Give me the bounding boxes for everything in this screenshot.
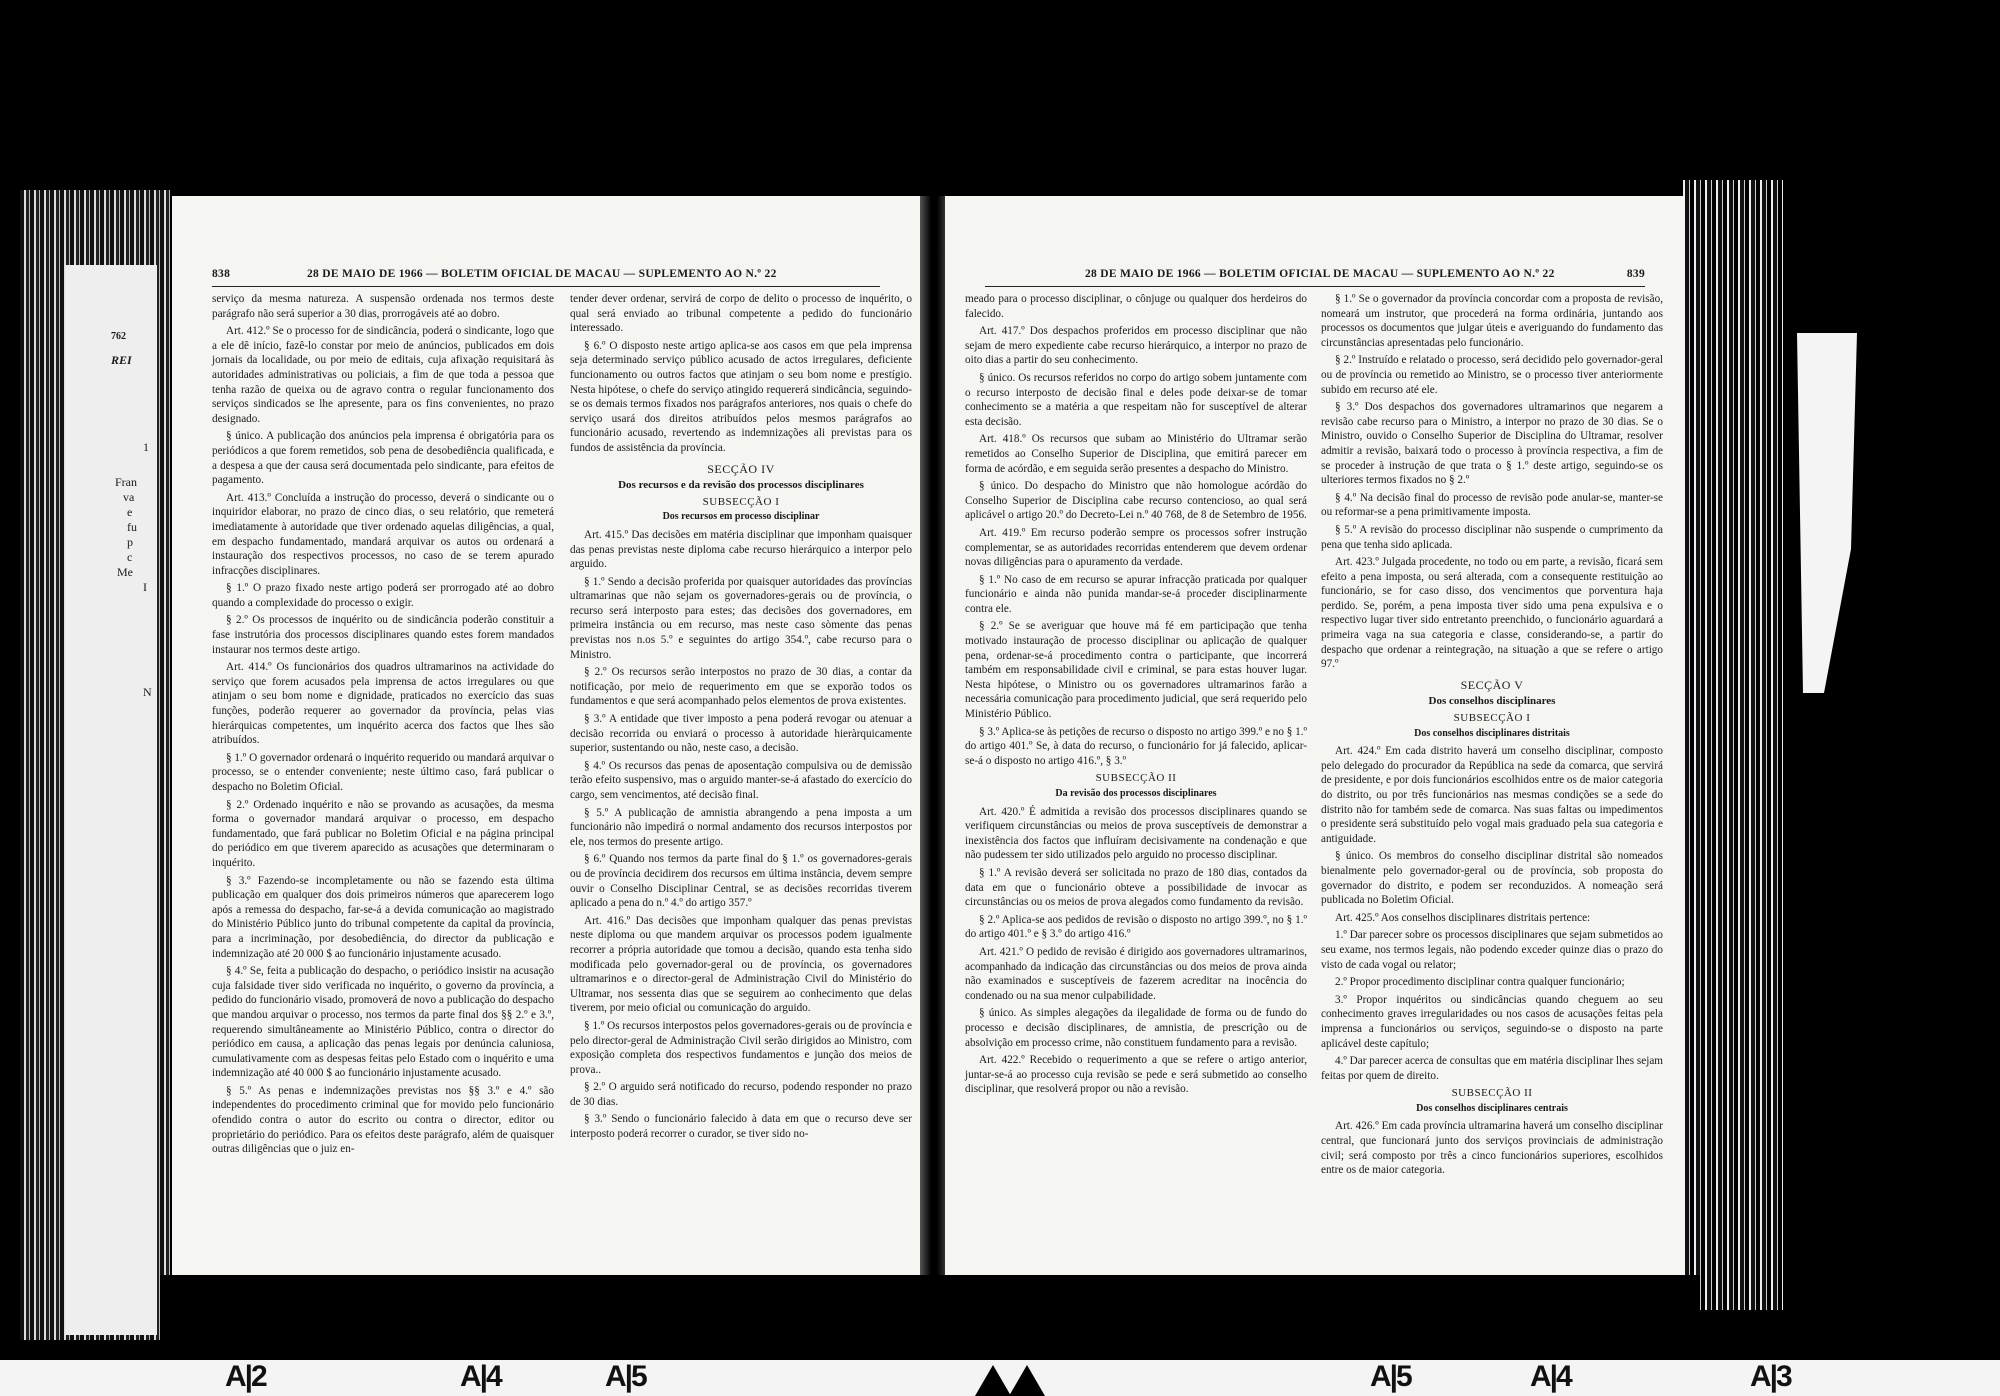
paragraph: § 2.º Aplica-se aos pedidos de revisão o…: [965, 913, 1307, 942]
subsection-heading: SUBSECÇÃO I: [1321, 711, 1663, 726]
paragraph: § 2.º Os processos de inquérito ou de si…: [212, 613, 554, 657]
scan-black-border: [0, 0, 2000, 185]
scan-marker: A|5: [1370, 1360, 1411, 1394]
paragraph: § 2.º Ordenado inquérito e não se provan…: [212, 798, 554, 871]
paragraph: 1.º Dar parecer sobre os processos disci…: [1321, 928, 1663, 972]
text-fragment: 1: [143, 440, 149, 455]
paragraph: Art. 414.º Os funcionários dos quadros u…: [212, 660, 554, 748]
paragraph: § único. Os membros do conselho discipli…: [1321, 849, 1663, 907]
book-bottom-shadow: [160, 1275, 1700, 1360]
paragraph: § 2.º Instruído e relatado o processo, s…: [1321, 353, 1663, 397]
subsection-heading: SUBSECÇÃO II: [1321, 1086, 1663, 1101]
subsection-title: Dos conselhos disciplinares distritais: [1321, 727, 1663, 742]
left-page: 838 28 DE MAIO DE 1966 — BOLETIM OFICIAL…: [172, 196, 920, 1306]
running-head-title: 28 DE MAIO DE 1966 — BOLETIM OFICIAL DE …: [1085, 268, 1555, 280]
paragraph: 3.º Propor inquéritos ou sindicâncias qu…: [1321, 993, 1663, 1051]
paragraph: Art. 418.º Os recursos que subam ao Mini…: [965, 432, 1307, 476]
book-gutter: [920, 196, 948, 1346]
running-header: 838 28 DE MAIO DE 1966 — BOLETIM OFICIAL…: [212, 268, 880, 287]
paragraph: § 6.º Quando nos termos da parte final d…: [570, 852, 912, 910]
paragraph: 2.º Propor procedimento disciplinar cont…: [1321, 975, 1663, 990]
paragraph: § 3.º Aplica-se às petições de recurso o…: [965, 725, 1307, 769]
paragraph: § único. Do despacho do Ministro que não…: [965, 479, 1307, 523]
scan-marker: A|2: [225, 1360, 266, 1394]
paragraph: § 5.º As penas e indemnizações previstas…: [212, 1084, 554, 1157]
paragraph: Art. 424.º Em cada distrito haverá um co…: [1321, 744, 1663, 846]
paragraph: § único. A publicação dos anúncios pela …: [212, 429, 554, 487]
paragraph: § 1.º No caso de em recurso se apurar in…: [965, 573, 1307, 617]
paragraph: Art. 426.º Em cada província ultramarina…: [1321, 1119, 1663, 1177]
paragraph: § 3.º Dos despachos dos governadores ult…: [1321, 400, 1663, 488]
column-1: serviço da mesma natureza. A suspensão o…: [212, 292, 554, 1160]
page-number: 839: [1627, 268, 1645, 280]
paragraph: tender dever ordenar, servirá de corpo d…: [570, 292, 912, 336]
centre-registration-arrows-icon: [975, 1365, 1045, 1396]
paragraph: § 2.º Se se averiguar que houve má fé em…: [965, 619, 1307, 721]
paragraph: Art. 422.º Recebido o requerimento a que…: [965, 1053, 1307, 1097]
previous-page-title-fragment: REI: [111, 353, 132, 368]
paragraph: § 1.º O prazo fixado neste artigo poderá…: [212, 581, 554, 610]
scan-marker: A|4: [460, 1360, 501, 1394]
scan-marker: A|5: [605, 1360, 646, 1394]
running-head-title: 28 DE MAIO DE 1966 — BOLETIM OFICIAL DE …: [307, 268, 777, 280]
paragraph: serviço da mesma natureza. A suspensão o…: [212, 292, 554, 321]
previous-page-edge: 762 REI 1 Fran va e fu p c Me I N: [65, 265, 157, 1335]
text-fragment: I: [143, 580, 147, 595]
section-title: Dos recursos e da revisão dos processos …: [570, 478, 912, 493]
text-fragment: va: [123, 490, 134, 505]
text-fragment: c: [127, 550, 132, 565]
paragraph: § 4.º Se, feita a publicação do despacho…: [212, 964, 554, 1081]
column-2: § 1.º Se o governador da província conco…: [1321, 292, 1663, 1181]
paragraph: 4.º Dar parecer acerca de consultas que …: [1321, 1054, 1663, 1083]
paragraph: § 2.º Os recursos serão interpostos no p…: [570, 665, 912, 709]
paragraph: Art. 425.º Aos conselhos disciplinares d…: [1321, 911, 1663, 926]
subsection-heading: SUBSECÇÃO I: [570, 495, 912, 510]
paragraph: § 4.º Os recursos das penas de aposentaç…: [570, 759, 912, 803]
paragraph: § 1.º Os recursos interpostos pelos gove…: [570, 1019, 912, 1077]
paragraph: § 1.º O governador ordenará o inquérito …: [212, 751, 554, 795]
paragraph: Art. 421.º O pedido de revisão é dirigid…: [965, 945, 1307, 1003]
subsection-title: Dos conselhos disciplinares centrais: [1321, 1102, 1663, 1117]
column-2: tender dever ordenar, servirá de corpo d…: [570, 292, 912, 1145]
paragraph: § 6.º O disposto neste artigo aplica-se …: [570, 339, 912, 456]
paragraph: Art. 415.º Das decisões em matéria disci…: [570, 528, 912, 572]
text-fragment: Fran: [115, 475, 137, 490]
text-fragment: p: [127, 535, 133, 550]
previous-page-number: 762: [111, 331, 126, 342]
paragraph: § 1.º A revisão deverá ser solicitada no…: [965, 866, 1307, 910]
paragraph: meado para o processo disciplinar, o côn…: [965, 292, 1307, 321]
paragraph: Art. 413.º Concluída a instrução do proc…: [212, 491, 554, 579]
text-fragment: fu: [127, 520, 137, 535]
paragraph: Art. 417.º Dos despachos proferidos em p…: [965, 324, 1307, 368]
paragraph: Art. 419.º Em recurso poderão sempre os …: [965, 526, 1307, 570]
paragraph: Art. 423.º Julgada procedente, no todo o…: [1321, 555, 1663, 672]
section-heading: SECÇÃO V: [1321, 678, 1663, 693]
paragraph: § 3.º Sendo o funcionário falecido à dat…: [570, 1112, 912, 1141]
page-number: 838: [212, 268, 230, 280]
text-fragment: N: [143, 685, 152, 700]
paragraph: Art. 420.º É admitida a revisão dos proc…: [965, 805, 1307, 863]
paragraph: § 5.º A revisão do processo disciplinar …: [1321, 523, 1663, 552]
paragraph: § 1.º Sendo a decisão proferida por quai…: [570, 575, 912, 663]
section-title: Dos conselhos disciplinares: [1321, 694, 1663, 709]
paragraph: § 5.º A publicação de amnistia abrangend…: [570, 806, 912, 850]
paragraph: § 2.º O arguido será notificado do recur…: [570, 1080, 912, 1109]
column-1: meado para o processo disciplinar, o côn…: [965, 292, 1307, 1100]
right-page: 28 DE MAIO DE 1966 — BOLETIM OFICIAL DE …: [945, 196, 1685, 1306]
paragraph: § 1.º Se o governador da província conco…: [1321, 292, 1663, 350]
text-fragment: e: [127, 505, 132, 520]
paragraph: § 3.º Fazendo-se incompletamente ou não …: [212, 874, 554, 962]
section-heading: SECÇÃO IV: [570, 462, 912, 477]
paragraph: Art. 416.º Das decisões que imponham qua…: [570, 914, 912, 1016]
subsection-title: Dos recursos em processo disciplinar: [570, 510, 912, 525]
subsection-title: Da revisão dos processos disciplinares: [965, 787, 1307, 802]
paragraph: § único. Os recursos referidos no corpo …: [965, 371, 1307, 429]
scan-marker: A|3: [1750, 1360, 1791, 1394]
subsection-heading: SUBSECÇÃO II: [965, 771, 1307, 786]
paragraph: § único. As simples alegações da ilegali…: [965, 1006, 1307, 1050]
running-header: 28 DE MAIO DE 1966 — BOLETIM OFICIAL DE …: [985, 268, 1645, 287]
paper-insert-strip: [1797, 333, 1857, 693]
paragraph: § 3.º A entidade que tiver imposto a pen…: [570, 712, 912, 756]
book-page-edges-right: [1683, 180, 1783, 1310]
scan-marker: A|4: [1530, 1360, 1571, 1394]
paragraph: Art. 412.º Se o processo for de sindicân…: [212, 324, 554, 426]
paragraph: § 4.º Na decisão final do processo de re…: [1321, 491, 1663, 520]
text-fragment: Me: [117, 565, 133, 580]
